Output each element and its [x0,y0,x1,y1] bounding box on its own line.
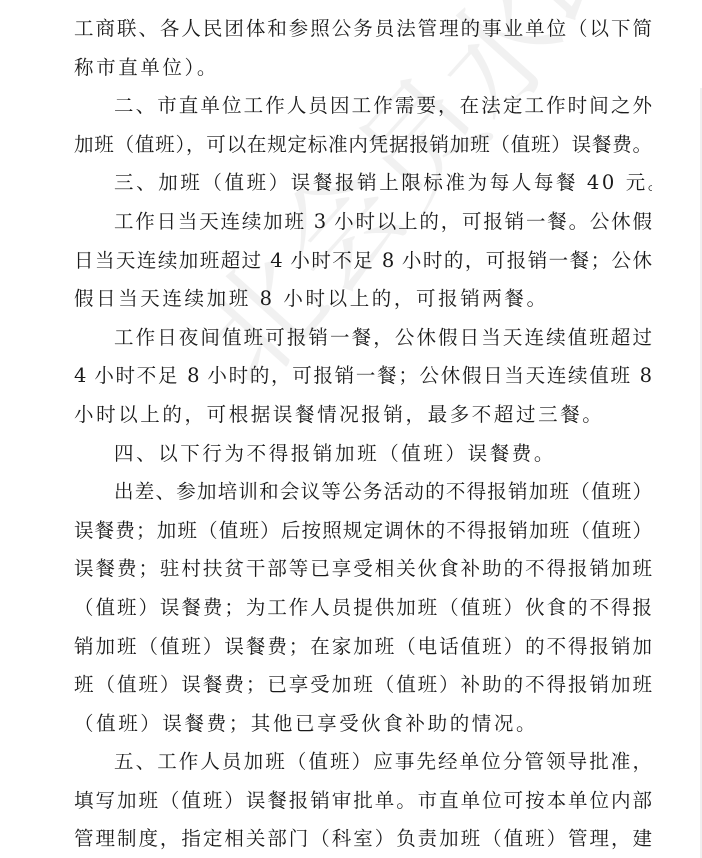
text-line: 五、工作人员加班（值班）应事先经单位分管领导批准， [74,743,652,782]
text-line: （值班）误餐费；其他已享受伙食补助的情况。 [74,705,652,744]
text-line: 工作日夜间值班可报销一餐，公休假日当天连续值班超过 [74,319,652,358]
text-line: 班（值班）误餐费；已享受加班（值班）补助的不得报销加班 [74,666,652,705]
text-line: （值班）误餐费；为工作人员提供加班（值班）伙食的不得报 [74,589,652,628]
text-line: 销加班（值班）误餐费；在家加班（电话值班）的不得报销加 [74,628,652,667]
text-line: 称市直单位）。 [74,49,652,88]
text-line: 四、以下行为不得报销加班（值班）误餐费。 [74,435,652,474]
text-line: 假日当天连续加班 8 小时以上的，可报销两餐。 [74,280,652,319]
text-line: 工商联、各人民团体和参照公务员法管理的事业单位（以下简 [74,10,652,49]
text-line: 加班（值班），可以在规定标准内凭据报销加班（值班）误餐费。 [74,126,652,165]
document-body: 工商联、各人民团体和参照公务员法管理的事业单位（以下简 称市直单位）。 二、市直… [74,10,652,858]
text-line: 小时以上的，可根据误餐情况报销，最多不超过三餐。 [74,396,652,435]
text-line: 4 小时不足 8 小时的，可报销一餐；公休假日当天连续值班 8 [74,357,652,396]
text-line: 误餐费；驻村扶贫干部等已享受相关伙食补助的不得报销加班 [74,550,652,589]
text-line: 出差、参加培训和会议等公务活动的不得报销加班（值班） [74,473,652,512]
text-line: 误餐费；加班（值班）后按照规定调休的不得报销加班（值班） [74,512,652,551]
text-line: 三、加班（值班）误餐报销上限标准为每人每餐 40 元。 [74,164,652,203]
text-line: 二、市直单位工作人员因工作需要，在法定工作时间之外 [74,87,652,126]
text-line: 工作日当天连续加班 3 小时以上的，可报销一餐。公休假 [74,203,652,242]
text-line: 管理制度，指定相关部门（科室）负责加班（值班）管理，建 [74,820,652,858]
text-line: 填写加班（值班）误餐报销审批单。市直单位可按本单位内部 [74,782,652,821]
text-line: 日当天连续加班超过 4 小时不足 8 小时的，可报销一餐；公休 [74,242,652,281]
